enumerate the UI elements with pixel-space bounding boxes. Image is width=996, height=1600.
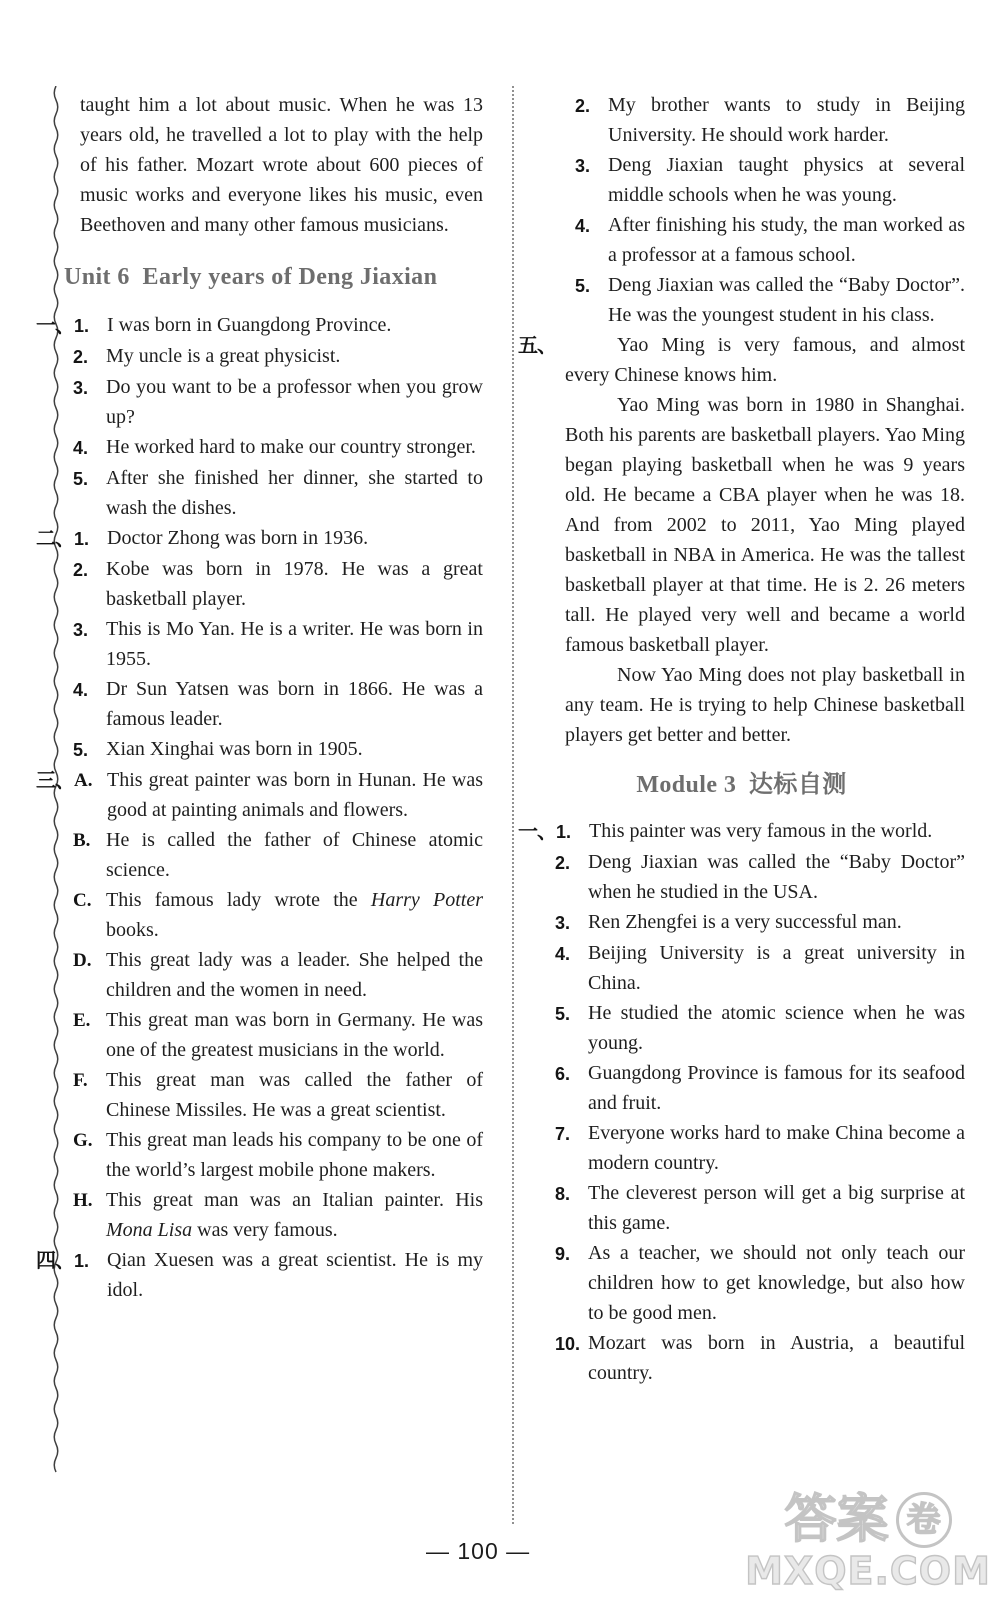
text-run: Guangdong Province is famous for its sea…: [588, 1062, 965, 1114]
item-text: This great man was an Italian painter. H…: [106, 1185, 483, 1245]
item-label: 9.: [555, 1238, 588, 1269]
item-text: Beijing University is a great university…: [588, 938, 965, 998]
item-label: 1.: [74, 1245, 107, 1276]
item-text: My brother wants to study in Beijing Uni…: [608, 90, 965, 150]
item-label: C.: [73, 885, 106, 916]
left-column: taught him a lot about music. When he wa…: [36, 90, 483, 1305]
text-run: The cleverest person will get a big surp…: [588, 1182, 965, 1234]
item-label: 5.: [73, 463, 106, 494]
item-text: Dr Sun Yatsen was born in 1866. He was a…: [106, 674, 483, 734]
answer-item: 4.Beijing University is a great universi…: [518, 938, 965, 998]
watermark-brand-text: 答案: [784, 1493, 888, 1547]
item-text: Deng Jiaxian was called the “Baby Doctor…: [588, 847, 965, 907]
item-label: 5.: [575, 270, 608, 301]
section-marker: 五、: [518, 330, 556, 360]
item-label: 1.: [556, 816, 589, 847]
item-label: 1.: [74, 310, 107, 341]
text-run: Deng Jiaxian was called the “Baby Doctor…: [608, 274, 965, 326]
item-label: 3.: [73, 614, 106, 645]
answer-item: C.This famous lady wrote the Harry Potte…: [36, 885, 483, 945]
text-run: This great man was born in Germany. He w…: [106, 1009, 483, 1061]
item-label: 4.: [575, 210, 608, 241]
item-label: 8.: [555, 1178, 588, 1209]
composition-body: Yao Ming is very famous, and almost ever…: [556, 330, 965, 750]
item-label: F.: [73, 1065, 106, 1096]
answer-item: 4.After finishing his study, the man wor…: [518, 210, 965, 270]
item-text: Everyone works hard to make China become…: [588, 1118, 965, 1178]
answer-item: 8.The cleverest person will get a big su…: [518, 1178, 965, 1238]
item-label: 5.: [555, 998, 588, 1029]
section-marker: 三、: [36, 765, 74, 795]
text-run: Now Yao Ming does not play basketball in…: [565, 664, 965, 746]
item-text: This great man leads his company to be o…: [106, 1125, 483, 1185]
answer-item: 2.My brother wants to study in Beijing U…: [518, 90, 965, 150]
item-text: This famous lady wrote the Harry Potter …: [106, 885, 483, 945]
text-run: This famous lady wrote the: [106, 889, 371, 911]
answer-item: 4.Dr Sun Yatsen was born in 1866. He was…: [36, 674, 483, 734]
item-text: I was born in Guangdong Province.: [107, 310, 483, 340]
text-run: was very famous.: [192, 1219, 338, 1241]
item-label: A.: [74, 765, 107, 796]
item-label: 2.: [575, 90, 608, 121]
item-label: 4.: [73, 432, 106, 463]
answer-item: 7.Everyone works hard to make China beco…: [518, 1118, 965, 1178]
item-text: Qian Xuesen was a great scientist. He is…: [107, 1245, 483, 1305]
item-label: B.: [73, 825, 106, 856]
item-text: Doctor Zhong was born in 1936.: [107, 523, 483, 553]
item-label: 2.: [73, 341, 106, 372]
item-text: Guangdong Province is famous for its sea…: [588, 1058, 965, 1118]
watermark-site: MXQE.COM: [742, 1550, 994, 1592]
answer-item: 3.Ren Zhengfei is a very successful man.: [518, 907, 965, 938]
page-number: — 100 —: [426, 1538, 530, 1565]
text-run: He worked hard to make our country stron…: [106, 436, 476, 458]
answer-item: 5.Deng Jiaxian was called the “Baby Doct…: [518, 270, 965, 330]
answer-item: 5.Xian Xinghai was born in 1905.: [36, 734, 483, 765]
text-run: Mozart was born in Austria, a beautiful …: [588, 1332, 965, 1384]
text-run: He is called the father of Chinese atomi…: [106, 829, 483, 881]
item-text: Deng Jiaxian was called the “Baby Doctor…: [608, 270, 965, 330]
text-run: books.: [106, 919, 159, 941]
item-text: This great lady was a leader. She helped…: [106, 945, 483, 1005]
italic-text: Harry Potter: [371, 889, 483, 911]
section-marker: 四、: [36, 1245, 74, 1275]
item-label: D.: [73, 945, 106, 976]
answer-item: 10.Mozart was born in Austria, a beautif…: [518, 1328, 965, 1388]
text-run: Xian Xinghai was born in 1905.: [106, 738, 363, 760]
item-text: He is called the father of Chinese atomi…: [106, 825, 483, 885]
item-label: 2.: [73, 554, 106, 585]
text-run: He studied the atomic science when he wa…: [588, 1002, 965, 1054]
text-run: I was born in Guangdong Province.: [107, 314, 391, 336]
item-text: Do you want to be a professor when you g…: [106, 372, 483, 432]
item-text: Xian Xinghai was born in 1905.: [106, 734, 483, 764]
item-label: 2.: [555, 847, 588, 878]
item-label: H.: [73, 1185, 106, 1216]
answer-item: 9.As a teacher, we should not only teach…: [518, 1238, 965, 1328]
answer-item: 2.Kobe was born in 1978. He was a great …: [36, 554, 483, 614]
text-run: This great painter was born in Hunan. He…: [107, 769, 483, 821]
composition-section: 五、Yao Ming is very famous, and almost ev…: [518, 330, 965, 750]
item-label: G.: [73, 1125, 106, 1156]
answer-item: 三、A.This great painter was born in Hunan…: [36, 765, 483, 825]
answer-item: 4.He worked hard to make our country str…: [36, 432, 483, 463]
answer-item: H.This great man was an Italian painter.…: [36, 1185, 483, 1245]
text-run: After finishing his study, the man worke…: [608, 214, 965, 266]
item-text: Mozart was born in Austria, a beautiful …: [588, 1328, 965, 1388]
text-run: This great man was called the father of …: [106, 1069, 483, 1121]
composition-paragraph: Now Yao Ming does not play basketball in…: [565, 660, 965, 750]
unit-header: Unit 6 Early years of Deng Jiaxian: [64, 262, 483, 292]
item-text: Deng Jiaxian taught physics at several m…: [608, 150, 965, 210]
composition-paragraph: Yao Ming was born in 1980 in Shanghai. B…: [565, 390, 965, 660]
answer-item: 6.Guangdong Province is famous for its s…: [518, 1058, 965, 1118]
text-run: Yao Ming is very famous, and almost ever…: [565, 334, 965, 386]
item-label: E.: [73, 1005, 106, 1036]
item-label: 3.: [575, 150, 608, 181]
item-label: 3.: [555, 907, 588, 938]
text-run: This great lady was a leader. She helped…: [106, 949, 483, 1001]
answer-item: 5.He studied the atomic science when he …: [518, 998, 965, 1058]
italic-text: Mona Lisa: [106, 1219, 192, 1241]
item-text: This great man was born in Germany. He w…: [106, 1005, 483, 1065]
text-run: Yao Ming was born in 1980 in Shanghai. B…: [565, 394, 965, 656]
item-label: 3.: [73, 372, 106, 403]
answer-item: D.This great lady was a leader. She help…: [36, 945, 483, 1005]
item-text: As a teacher, we should not only teach o…: [588, 1238, 965, 1328]
answer-item: 2.Deng Jiaxian was called the “Baby Doct…: [518, 847, 965, 907]
item-label: 4.: [73, 674, 106, 705]
text-run: As a teacher, we should not only teach o…: [588, 1242, 965, 1324]
watermark-circle-logo: 卷: [896, 1492, 952, 1548]
text-run: This great man leads his company to be o…: [106, 1129, 483, 1181]
item-label: 4.: [555, 938, 588, 969]
answer-item: 二、1.Doctor Zhong was born in 1936.: [36, 523, 483, 554]
section-marker: 二、: [36, 523, 74, 553]
answer-item: 一、1.This painter was very famous in the …: [518, 816, 965, 847]
item-text: This is Mo Yan. He is a writer. He was b…: [106, 614, 483, 674]
item-label: 1.: [74, 523, 107, 554]
text-run: This great man was an Italian painter. H…: [106, 1189, 483, 1211]
text-run: Do you want to be a professor when you g…: [106, 376, 483, 428]
item-text: This great man was called the father of …: [106, 1065, 483, 1125]
answer-item: 一、1.I was born in Guangdong Province.: [36, 310, 483, 341]
item-text: After she finished her dinner, she start…: [106, 463, 483, 523]
answer-item: 2.My uncle is a great physicist.: [36, 341, 483, 372]
item-text: He studied the atomic science when he wa…: [588, 998, 965, 1058]
right-column: 2.My brother wants to study in Beijing U…: [518, 90, 965, 1388]
answer-item: G.This great man leads his company to be…: [36, 1125, 483, 1185]
item-label: 5.: [73, 734, 106, 765]
item-label: 10.: [555, 1328, 588, 1359]
item-text: This great painter was born in Hunan. He…: [107, 765, 483, 825]
answer-item: 四、1.Qian Xuesen was a great scientist. H…: [36, 1245, 483, 1305]
text-run: Deng Jiaxian taught physics at several m…: [608, 154, 965, 206]
watermark: 答案 卷 MXQE.COM: [742, 1492, 994, 1592]
continued-answer-paragraph: taught him a lot about music. When he wa…: [36, 90, 483, 240]
text-run: Beijing University is a great university…: [588, 942, 965, 994]
text-run: Deng Jiaxian was called the “Baby Doctor…: [588, 851, 965, 903]
watermark-brand: 答案 卷: [742, 1492, 994, 1548]
answer-item: B.He is called the father of Chinese ato…: [36, 825, 483, 885]
composition-paragraph: Yao Ming is very famous, and almost ever…: [565, 330, 965, 390]
item-text: My uncle is a great physicist.: [106, 341, 483, 371]
item-text: Kobe was born in 1978. He was a great ba…: [106, 554, 483, 614]
answer-item: 5.After she finished her dinner, she sta…: [36, 463, 483, 523]
text-run: My uncle is a great physicist.: [106, 345, 340, 367]
item-text: This painter was very famous in the worl…: [589, 816, 965, 846]
text-run: This painter was very famous in the worl…: [589, 820, 932, 842]
text-run: Kobe was born in 1978. He was a great ba…: [106, 558, 483, 610]
item-text: He worked hard to make our country stron…: [106, 432, 483, 462]
answer-item: F.This great man was called the father o…: [36, 1065, 483, 1125]
item-label: 7.: [555, 1118, 588, 1149]
section-marker: 一、: [518, 816, 556, 846]
text-run: Ren Zhengfei is a very successful man.: [588, 911, 902, 933]
item-label: 6.: [555, 1058, 588, 1089]
text-run: After she finished her dinner, she start…: [106, 467, 483, 519]
text-run: taught him a lot about music. When he wa…: [80, 94, 483, 236]
text-run: Dr Sun Yatsen was born in 1866. He was a…: [106, 678, 483, 730]
answer-book-page: taught him a lot about music. When he wa…: [0, 0, 996, 1600]
item-text: After finishing his study, the man worke…: [608, 210, 965, 270]
item-text: The cleverest person will get a big surp…: [588, 1178, 965, 1238]
item-text: Ren Zhengfei is a very successful man.: [588, 907, 965, 937]
column-divider: [512, 86, 514, 1524]
answer-item: E.This great man was born in Germany. He…: [36, 1005, 483, 1065]
answer-item: 3.Deng Jiaxian taught physics at several…: [518, 150, 965, 210]
text-run: My brother wants to study in Beijing Uni…: [608, 94, 965, 146]
section-marker: 一、: [36, 310, 74, 340]
text-run: Qian Xuesen was a great scientist. He is…: [107, 1249, 483, 1301]
text-run: Everyone works hard to make China become…: [588, 1122, 965, 1174]
module-header: Module 3 达标自测: [518, 770, 965, 800]
answer-item: 3.Do you want to be a professor when you…: [36, 372, 483, 432]
text-run: Doctor Zhong was born in 1936.: [107, 527, 368, 549]
answer-item: 3.This is Mo Yan. He is a writer. He was…: [36, 614, 483, 674]
text-run: This is Mo Yan. He is a writer. He was b…: [106, 618, 483, 670]
